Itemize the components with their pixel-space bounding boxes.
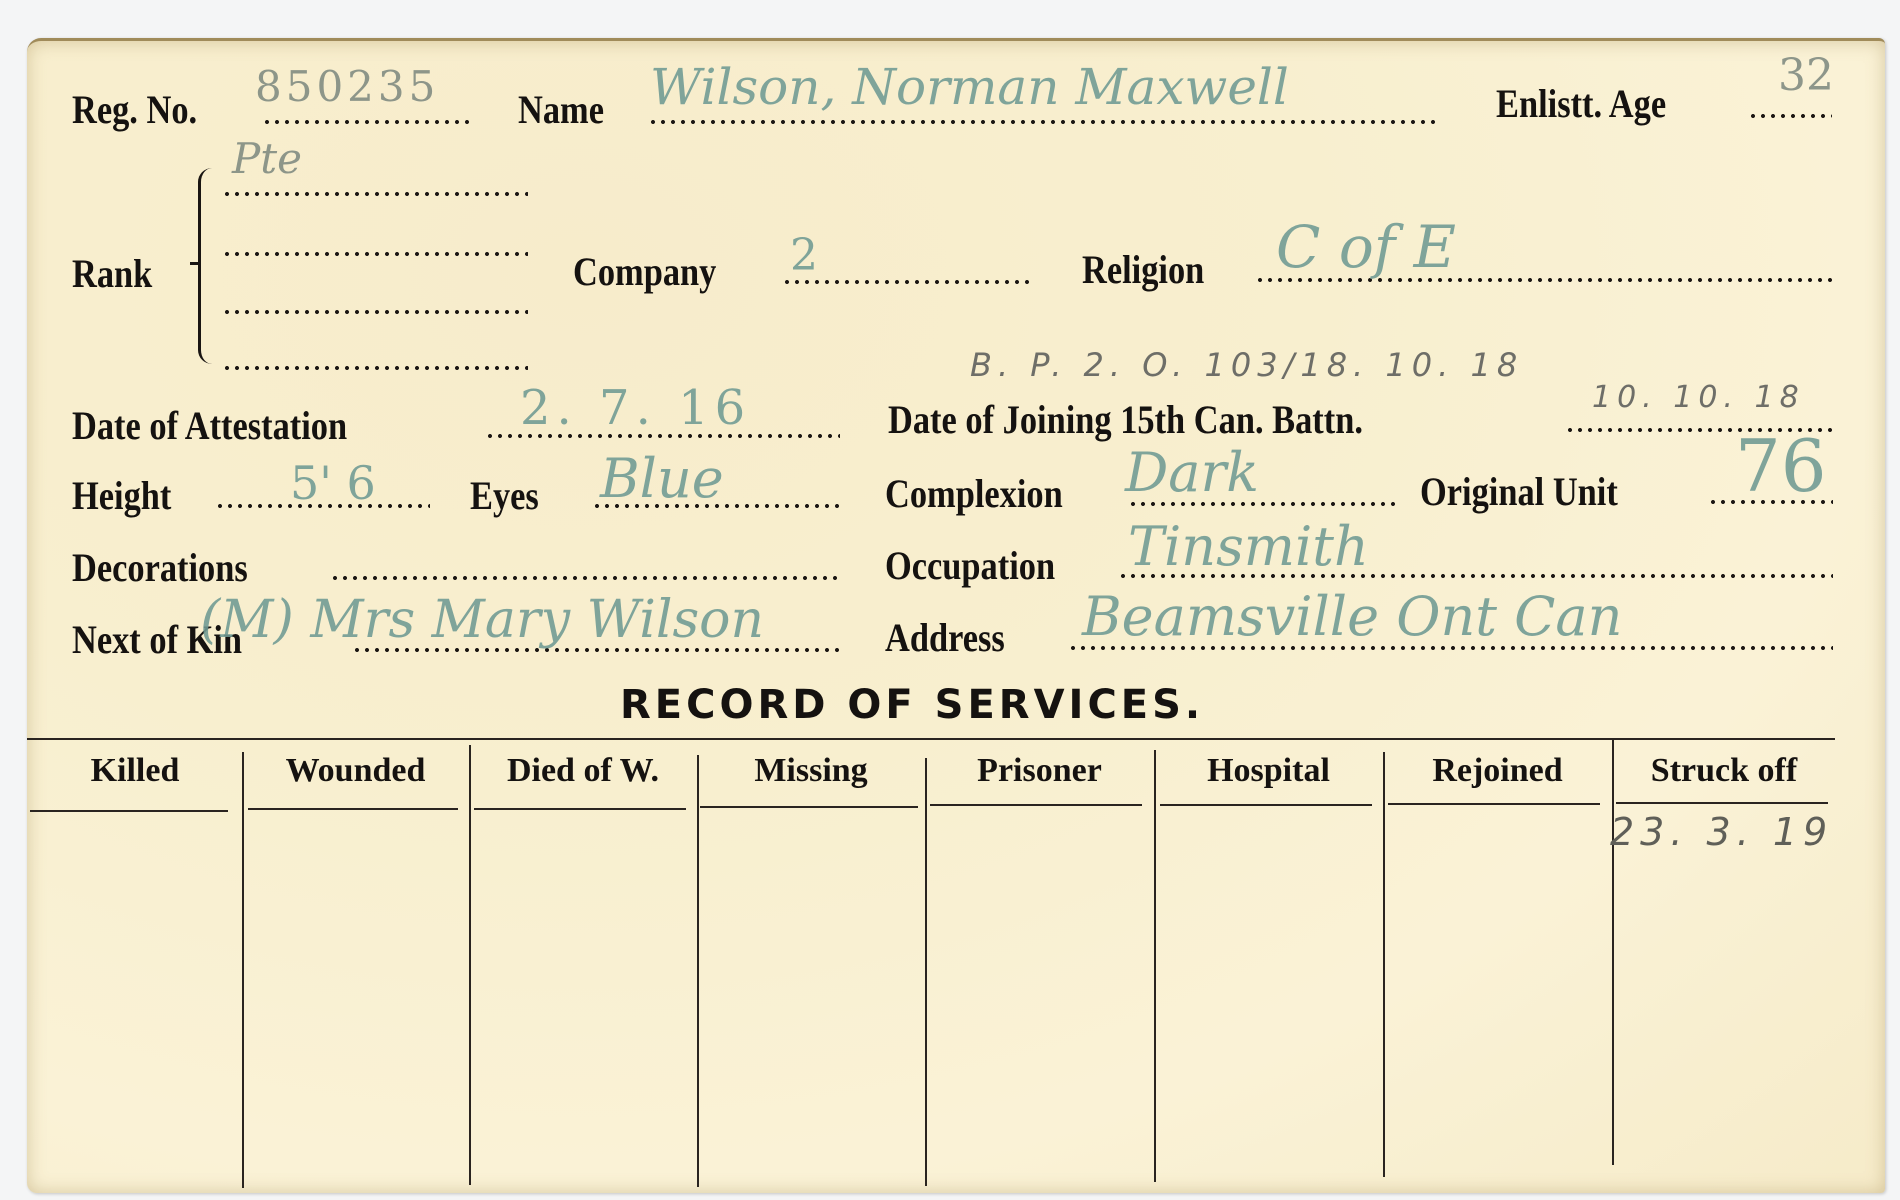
rank-brace-tip [190, 262, 200, 265]
date-of-joining-label: Date of Joining 15th Can. Battn. [888, 400, 1363, 440]
rank-line-2 [222, 250, 528, 258]
rank-value: Pte [232, 138, 302, 180]
column-divider [242, 752, 244, 1188]
name-line [648, 118, 1440, 126]
column-header-died-of-wounds: Died of W. [471, 752, 695, 792]
address-label: Address [885, 618, 1005, 658]
column-divider [1383, 752, 1385, 1177]
header-underline [474, 808, 686, 810]
column-header-wounded: Wounded [244, 752, 467, 792]
table-top-rule [27, 738, 1835, 740]
complexion-value: Dark [1125, 446, 1259, 500]
enlist-age-line [1748, 112, 1832, 120]
reg-no-value: 850235 [255, 66, 439, 108]
column-divider [697, 755, 699, 1187]
eyes-value: Blue [600, 452, 724, 506]
decorations-label: Decorations [72, 548, 248, 588]
company-value: 2 [790, 234, 818, 278]
column-divider [1612, 740, 1614, 1165]
column-header-struck-off: Struck off [1614, 752, 1834, 792]
original-unit-value: 76 [1735, 430, 1827, 502]
rank-line-3 [222, 308, 528, 316]
column-header-prisoner: Prisoner [927, 752, 1152, 792]
height-value: 5' 6 [290, 460, 376, 506]
column-header-killed: Killed [30, 752, 240, 792]
rank-line-1 [222, 190, 528, 198]
column-header-missing: Missing [699, 752, 923, 792]
column-divider [1154, 750, 1156, 1182]
column-header-rejoined: Rejoined [1385, 752, 1610, 792]
name-label: Name [518, 90, 604, 130]
address-value: Beamsville Ont Can [1082, 590, 1622, 644]
date-of-joining-value: 10. 10. 18 [1592, 380, 1805, 415]
company-label: Company [573, 252, 716, 292]
rank-brace [198, 168, 215, 364]
column-divider [469, 745, 471, 1185]
company-line [782, 278, 1032, 286]
religion-value: C of E [1276, 218, 1456, 276]
rank-line-4 [222, 364, 528, 372]
date-of-attestation-value: 2. 7. 16 [520, 384, 751, 432]
header-underline [1388, 803, 1600, 805]
column-header-hospital: Hospital [1156, 752, 1381, 792]
reg-no-line [262, 118, 472, 126]
occupation-label: Occupation [885, 546, 1055, 586]
header-underline [30, 810, 228, 812]
complexion-label: Complexion [885, 474, 1063, 514]
name-value: Wilson, Norman Maxwell [650, 62, 1289, 112]
occupation-value: Tinsmith [1128, 520, 1369, 574]
enlist-age-label: Enlistt. Age [1496, 84, 1666, 124]
record-of-services-title: RECORD OF SERVICES. [620, 682, 1204, 728]
enlist-age-value: 32 [1778, 54, 1834, 98]
header-underline [248, 808, 458, 810]
religion-label: Religion [1082, 250, 1204, 290]
header-underline [1616, 802, 1828, 804]
next-of-kin-value: (M) Mrs Mary Wilson [200, 594, 764, 646]
header-underline [1160, 804, 1372, 806]
struck-off-value: 23. 3. 19 [1610, 810, 1833, 854]
rank-label: Rank [72, 254, 152, 294]
column-divider [925, 758, 927, 1186]
original-unit-label: Original Unit [1420, 472, 1618, 512]
height-label: Height [72, 476, 171, 516]
reg-no-label: Reg. No. [72, 90, 197, 130]
bp-note: B. P. 2. O. 103/18. 10. 18 [970, 346, 1523, 384]
date-of-attestation-label: Date of Attestation [72, 406, 347, 446]
eyes-label: Eyes [470, 476, 539, 516]
header-underline [930, 804, 1142, 806]
header-underline [700, 806, 918, 808]
decorations-line [330, 574, 840, 582]
